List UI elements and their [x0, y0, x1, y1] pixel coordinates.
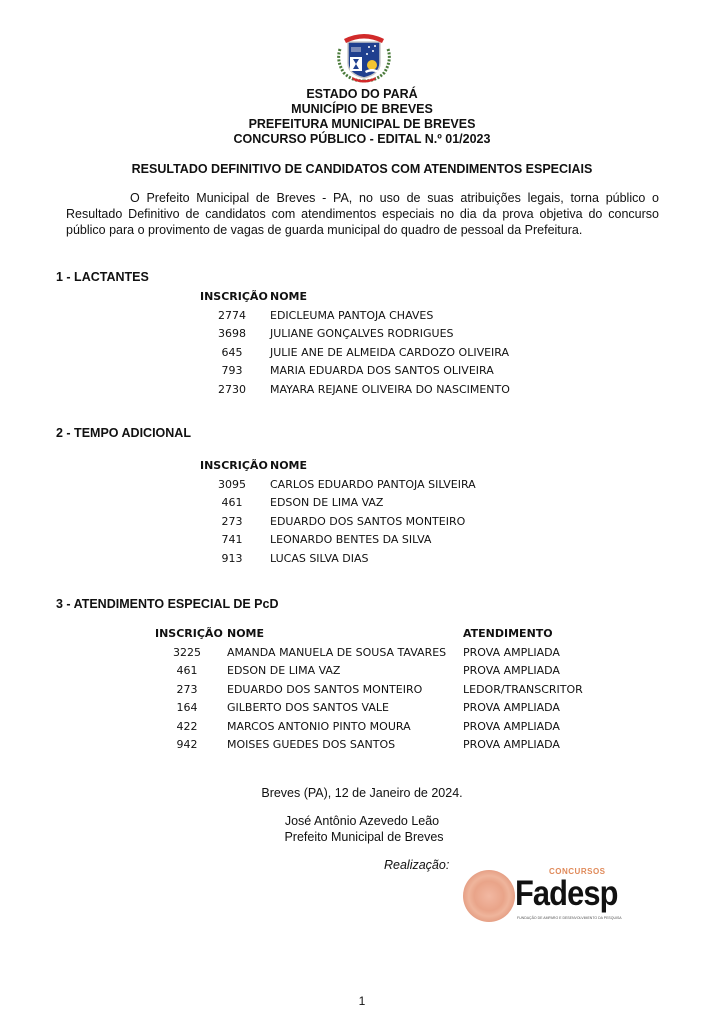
- intro-paragraph: O Prefeito Municipal de Breves - PA, no …: [66, 190, 659, 238]
- municipal-crest-icon: [334, 27, 394, 83]
- cell-nome: EDUARDO DOS SANTOS MONTEIRO: [219, 681, 463, 700]
- cell-nome: LEONARDO BENTES DA SILVA: [264, 531, 431, 550]
- table-row: 273EDUARDO DOS SANTOS MONTEIROLEDOR/TRAN…: [155, 681, 583, 700]
- table-row: 461EDSON DE LIMA VAZPROVA AMPLIADA: [155, 662, 583, 681]
- cell-inscricao: 461: [155, 662, 219, 681]
- column-header-atendimento: ATENDIMENTO: [463, 625, 553, 644]
- fadesp-wordmark: Fadesp: [515, 874, 618, 914]
- cell-inscricao: 942: [155, 736, 219, 755]
- cell-nome: EDICLEUMA PANTOJA CHAVES: [264, 307, 433, 326]
- cell-inscricao: 273: [200, 513, 264, 532]
- cell-inscricao: 3225: [155, 644, 219, 663]
- cell-nome: MARIA EDUARDA DOS SANTOS OLIVEIRA: [264, 362, 494, 381]
- cell-inscricao: 422: [155, 718, 219, 737]
- cell-nome: EDSON DE LIMA VAZ: [219, 662, 463, 681]
- intro-text: O Prefeito Municipal de Breves - PA, no …: [66, 191, 659, 237]
- table-row: 645JULIE ANE DE ALMEIDA CARDOZO OLIVEIRA: [200, 344, 510, 363]
- table-row: 422MARCOS ANTONIO PINTO MOURAPROVA AMPLI…: [155, 718, 583, 737]
- section-heading-tempo-adicional: 2 - TEMPO ADICIONAL: [56, 426, 191, 440]
- fadesp-tagline: FUNDAÇÃO DE AMPARO E DESENVOLVIMENTO DA …: [517, 916, 622, 920]
- cell-atendimento: PROVA AMPLIADA: [463, 699, 560, 718]
- table-header: INSCRIÇÃO NOME: [200, 288, 510, 307]
- document-title: RESULTADO DEFINITIVO DE CANDIDATOS COM A…: [0, 162, 724, 177]
- fadesp-logo: CONCURSOS Fadesp FUNDAÇÃO DE AMPARO E DE…: [463, 866, 628, 930]
- cell-inscricao: 3698: [200, 325, 264, 344]
- table-row: 3225AMANDA MANUELA DE SOUSA TAVARESPROVA…: [155, 644, 583, 663]
- column-header-nome: NOME: [264, 288, 307, 307]
- cell-inscricao: 461: [200, 494, 264, 513]
- signer-name: José Antônio Azevedo Leão: [0, 814, 724, 828]
- cell-inscricao: 3095: [200, 476, 264, 495]
- table-row: 461EDSON DE LIMA VAZ: [200, 494, 476, 513]
- table-row: 741LEONARDO BENTES DA SILVA: [200, 531, 476, 550]
- table-row: 913LUCAS SILVA DIAS: [200, 550, 476, 569]
- pcd-table: INSCRIÇÃO NOME ATENDIMENTO 3225AMANDA MA…: [155, 625, 583, 755]
- cell-nome: JULIE ANE DE ALMEIDA CARDOZO OLIVEIRA: [264, 344, 509, 363]
- cell-atendimento: PROVA AMPLIADA: [463, 718, 560, 737]
- header-state: ESTADO DO PARÁ: [0, 87, 724, 102]
- cell-atendimento: PROVA AMPLIADA: [463, 736, 560, 755]
- column-header-inscricao: INSCRIÇÃO: [155, 625, 219, 644]
- cell-nome: AMANDA MANUELA DE SOUSA TAVARES: [219, 644, 463, 663]
- table-row: 2730MAYARA REJANE OLIVEIRA DO NASCIMENTO: [200, 381, 510, 400]
- cell-atendimento: LEDOR/TRANSCRITOR: [463, 681, 583, 700]
- header-edital: CONCURSO PÚBLICO - EDITAL N.º 01/2023: [0, 132, 724, 147]
- column-header-nome: NOME: [264, 457, 307, 476]
- cell-inscricao: 793: [200, 362, 264, 381]
- cell-inscricao: 273: [155, 681, 219, 700]
- header-municipality: MUNICÍPIO DE BREVES: [0, 102, 724, 117]
- section-heading-pcd: 3 - ATENDIMENTO ESPECIAL DE PcD: [56, 597, 279, 611]
- cell-nome: LUCAS SILVA DIAS: [264, 550, 369, 569]
- fadesp-seal-icon: [463, 870, 515, 922]
- table-row: 942MOISES GUEDES DOS SANTOSPROVA AMPLIAD…: [155, 736, 583, 755]
- cell-nome: GILBERTO DOS SANTOS VALE: [219, 699, 463, 718]
- cell-atendimento: PROVA AMPLIADA: [463, 662, 560, 681]
- cell-inscricao: 741: [200, 531, 264, 550]
- table-row: 2774EDICLEUMA PANTOJA CHAVES: [200, 307, 510, 326]
- cell-atendimento: PROVA AMPLIADA: [463, 644, 560, 663]
- table-header: INSCRIÇÃO NOME: [200, 457, 476, 476]
- lactantes-table: INSCRIÇÃO NOME 2774EDICLEUMA PANTOJA CHA…: [200, 288, 510, 399]
- column-header-inscricao: INSCRIÇÃO: [200, 457, 264, 476]
- tempo-adicional-table: INSCRIÇÃO NOME 3095CARLOS EDUARDO PANTOJ…: [200, 457, 476, 568]
- table-row: 793MARIA EDUARDA DOS SANTOS OLIVEIRA: [200, 362, 510, 381]
- section-heading-lactantes: 1 - LACTANTES: [56, 270, 149, 284]
- cell-inscricao: 645: [200, 344, 264, 363]
- cell-nome: MARCOS ANTONIO PINTO MOURA: [219, 718, 463, 737]
- cell-nome: JULIANE GONÇALVES RODRIGUES: [264, 325, 454, 344]
- cell-nome: EDSON DE LIMA VAZ: [264, 494, 383, 513]
- table-row: 3698JULIANE GONÇALVES RODRIGUES: [200, 325, 510, 344]
- header-prefecture: PREFEITURA MUNICIPAL DE BREVES: [0, 117, 724, 132]
- signer-role: Prefeito Municipal de Breves: [2, 830, 724, 844]
- column-header-nome: NOME: [219, 625, 463, 644]
- column-header-inscricao: INSCRIÇÃO: [200, 288, 264, 307]
- cell-inscricao: 913: [200, 550, 264, 569]
- cell-nome: EDUARDO DOS SANTOS MONTEIRO: [264, 513, 465, 532]
- cell-inscricao: 2730: [200, 381, 264, 400]
- cell-inscricao: 2774: [200, 307, 264, 326]
- cell-inscricao: 164: [155, 699, 219, 718]
- table-row: 273EDUARDO DOS SANTOS MONTEIRO: [200, 513, 476, 532]
- table-row: 164GILBERTO DOS SANTOS VALEPROVA AMPLIAD…: [155, 699, 583, 718]
- cell-nome: MOISES GUEDES DOS SANTOS: [219, 736, 463, 755]
- cell-nome: CARLOS EDUARDO PANTOJA SILVEIRA: [264, 476, 476, 495]
- cell-nome: MAYARA REJANE OLIVEIRA DO NASCIMENTO: [264, 381, 510, 400]
- realizacao-label: Realização:: [384, 858, 449, 872]
- table-header: INSCRIÇÃO NOME ATENDIMENTO: [155, 625, 583, 644]
- page-number: 1: [0, 994, 724, 1008]
- table-row: 3095CARLOS EDUARDO PANTOJA SILVEIRA: [200, 476, 476, 495]
- date-line: Breves (PA), 12 de Janeiro de 2024.: [0, 786, 724, 800]
